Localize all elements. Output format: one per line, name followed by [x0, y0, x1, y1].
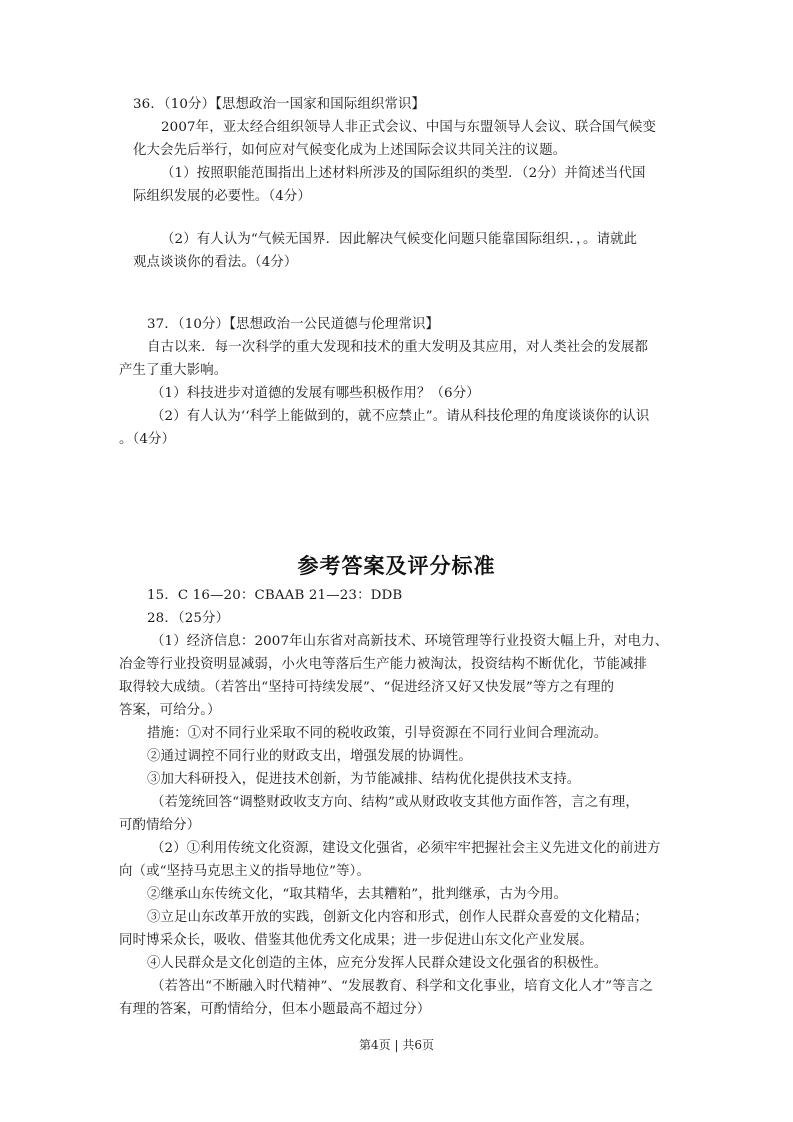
question-37-part-2-cont: 。（4分） [119, 431, 175, 449]
answer-28-part-1-cont: 答案，可给分。） [119, 702, 221, 720]
answer-28-measure-2: ②通过调控不同行业的财政支出，增强发展的协调性。 [147, 748, 472, 766]
answer-28-part-2-point-1: （2）①利用传统文化资源，建设文化强省，必须牢牢把握社会主义先进文化的前进方 [151, 840, 661, 858]
question-36-part-2-cont: 观点谈谈你的看法。（4分） [133, 254, 297, 272]
answer-28-part-1-cont: 取得较大成绩。（若答出“坚持可持续发展”、“促进经济又好又快发展”等方之有理的 [119, 679, 614, 697]
answer-28-part-2-note: （若答出“不断融入时代精神”、“发展教育、科学和文化事业，培育文化人才”等言之 [151, 978, 653, 996]
answer-28-header: 28．（25分） [147, 610, 229, 628]
answer-28-part-2-point-4: ④人民群众是文化创造的主体，应充分发挥人民群众建设文化强省的积极性。 [147, 955, 607, 973]
answer-28-note: （若笼统回答“调整财政收支方向、结构”或从财政收支其他方面作答，言之有理， [151, 794, 639, 812]
question-36-part-1-cont: 际组织发展的必要性。（4分） [133, 188, 311, 206]
question-37-part-1: （1）科技进步对道德的发展有哪些积极作用？（6分） [151, 385, 480, 403]
answer-28-part-1: （1）经济信息：2007年山东省对高新技术、环境管理等行业投资大幅上升，对电力、 [151, 633, 668, 651]
question-36-part-2: （2）有人认为“气候无国界．因此解决气候变化问题只能靠国际组织．，。请就此 [161, 231, 637, 249]
answer-28-part-2-point-2: ②继承山东传统文化，“取其精华，去其糟粕”，批判继承，古为今用。 [147, 886, 567, 904]
answer-choice-key: 15．C 16—20：CBAAB 21—23：DDB [147, 587, 402, 605]
answers-title: 参考答案及评分标准 [0, 552, 793, 580]
answer-28-note-cont: 可酌情给分） [119, 817, 200, 835]
question-37-stem-line: 产生了重大影响。 [119, 362, 227, 380]
question-37-header: 37．（10分）【思想政治一公民道德与伦理常识】 [147, 316, 439, 334]
answer-28-part-2-note-cont: 有理的答案，可酌情给分，但本小题最高不超过分） [119, 1001, 430, 1019]
question-36-part-1: （1）按照职能范围指出上述材料所涉及的国际组织的类型．（2分）并简述当代国 [161, 165, 646, 183]
answer-28-part-2-point-3-cont: 同时博采众长，吸收、借鉴其他优秀文化成果；进一步促进山东文化产业发展。 [119, 932, 593, 950]
answer-28-part-2-point-1-cont: 向（或“坚持马克思主义的指导地位”等）。 [119, 863, 370, 881]
answer-28-part-1-cont: 冶金等行业投资明显减弱，小火电等落后生产能力被淘汰，投资结构不断优化，节能减排 [119, 656, 647, 674]
question-36-header: 36．（10分）【思想政治一国家和国际组织常识】 [133, 96, 425, 114]
question-36-stem-line: 化大会先后举行，如何应对气候变化成为上述国际会议共同关注的议题。 [133, 142, 566, 160]
question-36-stem-line: 2007年，亚太经合组织领导人非正式会议、中国与东盟领导人会议、联合国气候变 [161, 119, 656, 137]
answer-28-measure-3: ③加大科研投入，促进技术创新，为节能减排、结构优化提供技术支持。 [147, 771, 580, 789]
question-37-part-2: （2）有人认为‘‘科学上能做到的，就不应禁止”。请从科技伦理的角度谈谈你的认识 [151, 408, 649, 426]
answer-28-measure-1: 措施：①对不同行业采取不同的税收政策，引导资源在不同行业间合理流动。 [147, 725, 607, 743]
page-indicator: 第4页 | 共6页 [0, 1037, 793, 1053]
question-37-stem-line: 自古以来．每一次科学的重大发现和技术的重大发明及其应用，对人类社会的发展都 [147, 339, 648, 357]
answer-28-part-2-point-3: ③立足山东改革开放的实践，创新文化内容和形式，创作人民群众喜爱的文化精品； [147, 909, 648, 927]
